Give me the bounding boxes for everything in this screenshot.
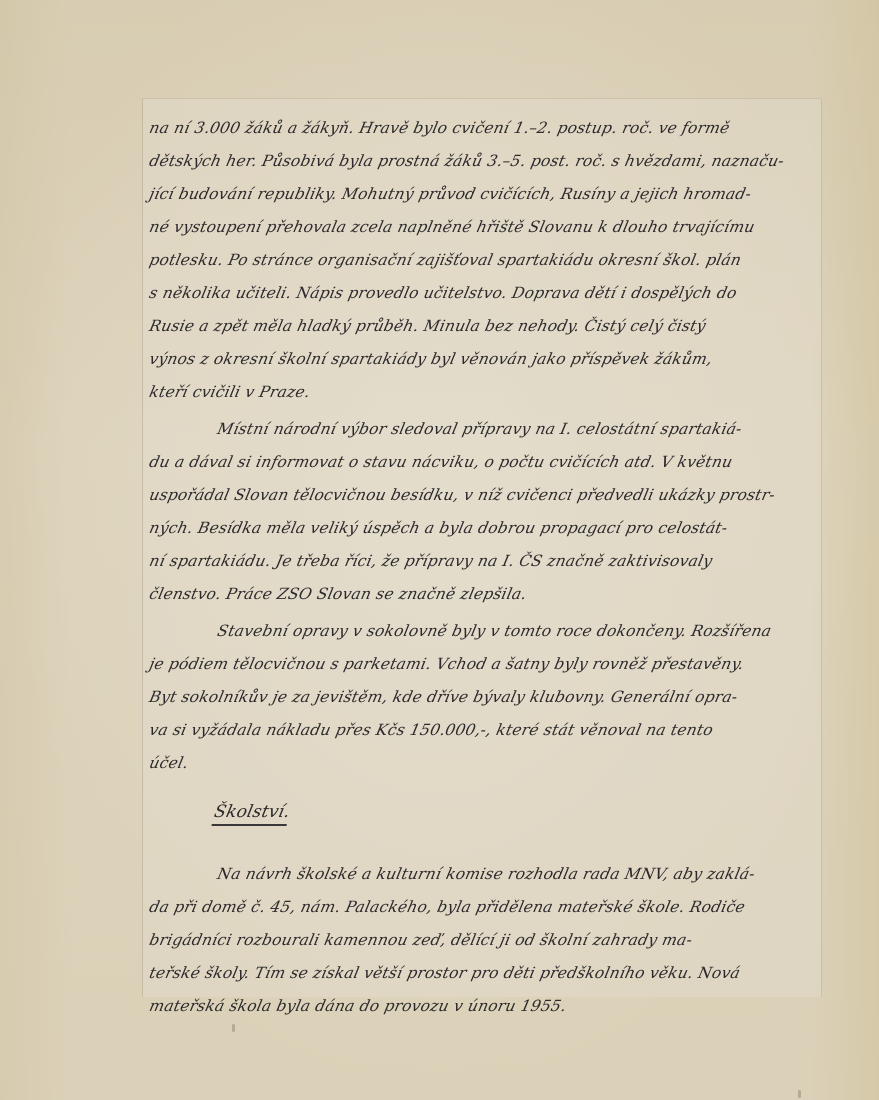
text-line: teřské školy. Tím se získal větší prosto… <box>146 957 823 990</box>
text-line: ní spartakiádu. Je třeba říci, že přípra… <box>146 545 823 578</box>
paragraph-1: na ní 3.000 žáků a žákyň. Hravě bylo cvi… <box>146 112 816 409</box>
handwritten-text-block: na ní 3.000 žáků a žákyň. Hravě bylo cvi… <box>146 112 816 1023</box>
paper-speck <box>798 1090 801 1098</box>
text-line: Byt sokolníkův je za jevištěm, kde dříve… <box>146 681 823 714</box>
text-line: je pódiem tělocvičnou s parketami. Vchod… <box>146 648 823 681</box>
text-line: na ní 3.000 žáků a žákyň. Hravě bylo cvi… <box>146 112 823 145</box>
text-line: va si vyžádala nákladu přes Kčs 150.000,… <box>146 714 823 747</box>
paper-speck <box>232 1024 235 1032</box>
text-line: s několika učiteli. Nápis provedlo učite… <box>146 277 823 310</box>
text-line: uspořádal Slovan tělocvičnou besídku, v … <box>146 479 823 512</box>
text-line: výnos z okresní školní spartakiády byl v… <box>146 343 823 376</box>
text-line: Na návrh školské a kulturní komise rozho… <box>146 858 823 891</box>
text-line: brigádníci rozbourali kamennou zeď, dělí… <box>146 924 823 957</box>
text-line: da při domě č. 45, nám. Palackého, byla … <box>146 891 823 924</box>
text-line: Místní národní výbor sledoval přípravy n… <box>146 413 823 446</box>
text-line: né vystoupení přehovala zcela naplněné h… <box>146 211 823 244</box>
text-line: du a dával si informovat o stavu nácviku… <box>146 446 823 479</box>
paragraph-2: Místní národní výbor sledoval přípravy n… <box>146 413 816 611</box>
text-line: členstvo. Práce ZSO Slovan se značně zle… <box>146 578 823 611</box>
text-line: kteří cvičili v Praze. <box>146 376 823 409</box>
text-line: Stavební opravy v sokolovně byly v tomto… <box>146 615 823 648</box>
paragraph-4: Na návrh školské a kulturní komise rozho… <box>146 858 816 1023</box>
text-line: potlesku. Po stránce organisační zajišťo… <box>146 244 823 277</box>
paragraph-3: Stavební opravy v sokolovně byly v tomto… <box>146 615 816 780</box>
section-heading: Školství. <box>211 802 292 826</box>
text-line: dětských her. Působivá byla prostná žáků… <box>146 145 823 178</box>
text-line: Rusie a zpět měla hladký průběh. Minula … <box>146 310 823 343</box>
section-heading-row: Školství. <box>146 780 816 858</box>
text-line: ných. Besídka měla veliký úspěch a byla … <box>146 512 823 545</box>
text-line: jící budování republiky. Mohutný průvod … <box>146 178 823 211</box>
text-line: mateřská škola byla dána do provozu v ún… <box>146 990 823 1023</box>
text-line: účel. <box>146 747 823 780</box>
